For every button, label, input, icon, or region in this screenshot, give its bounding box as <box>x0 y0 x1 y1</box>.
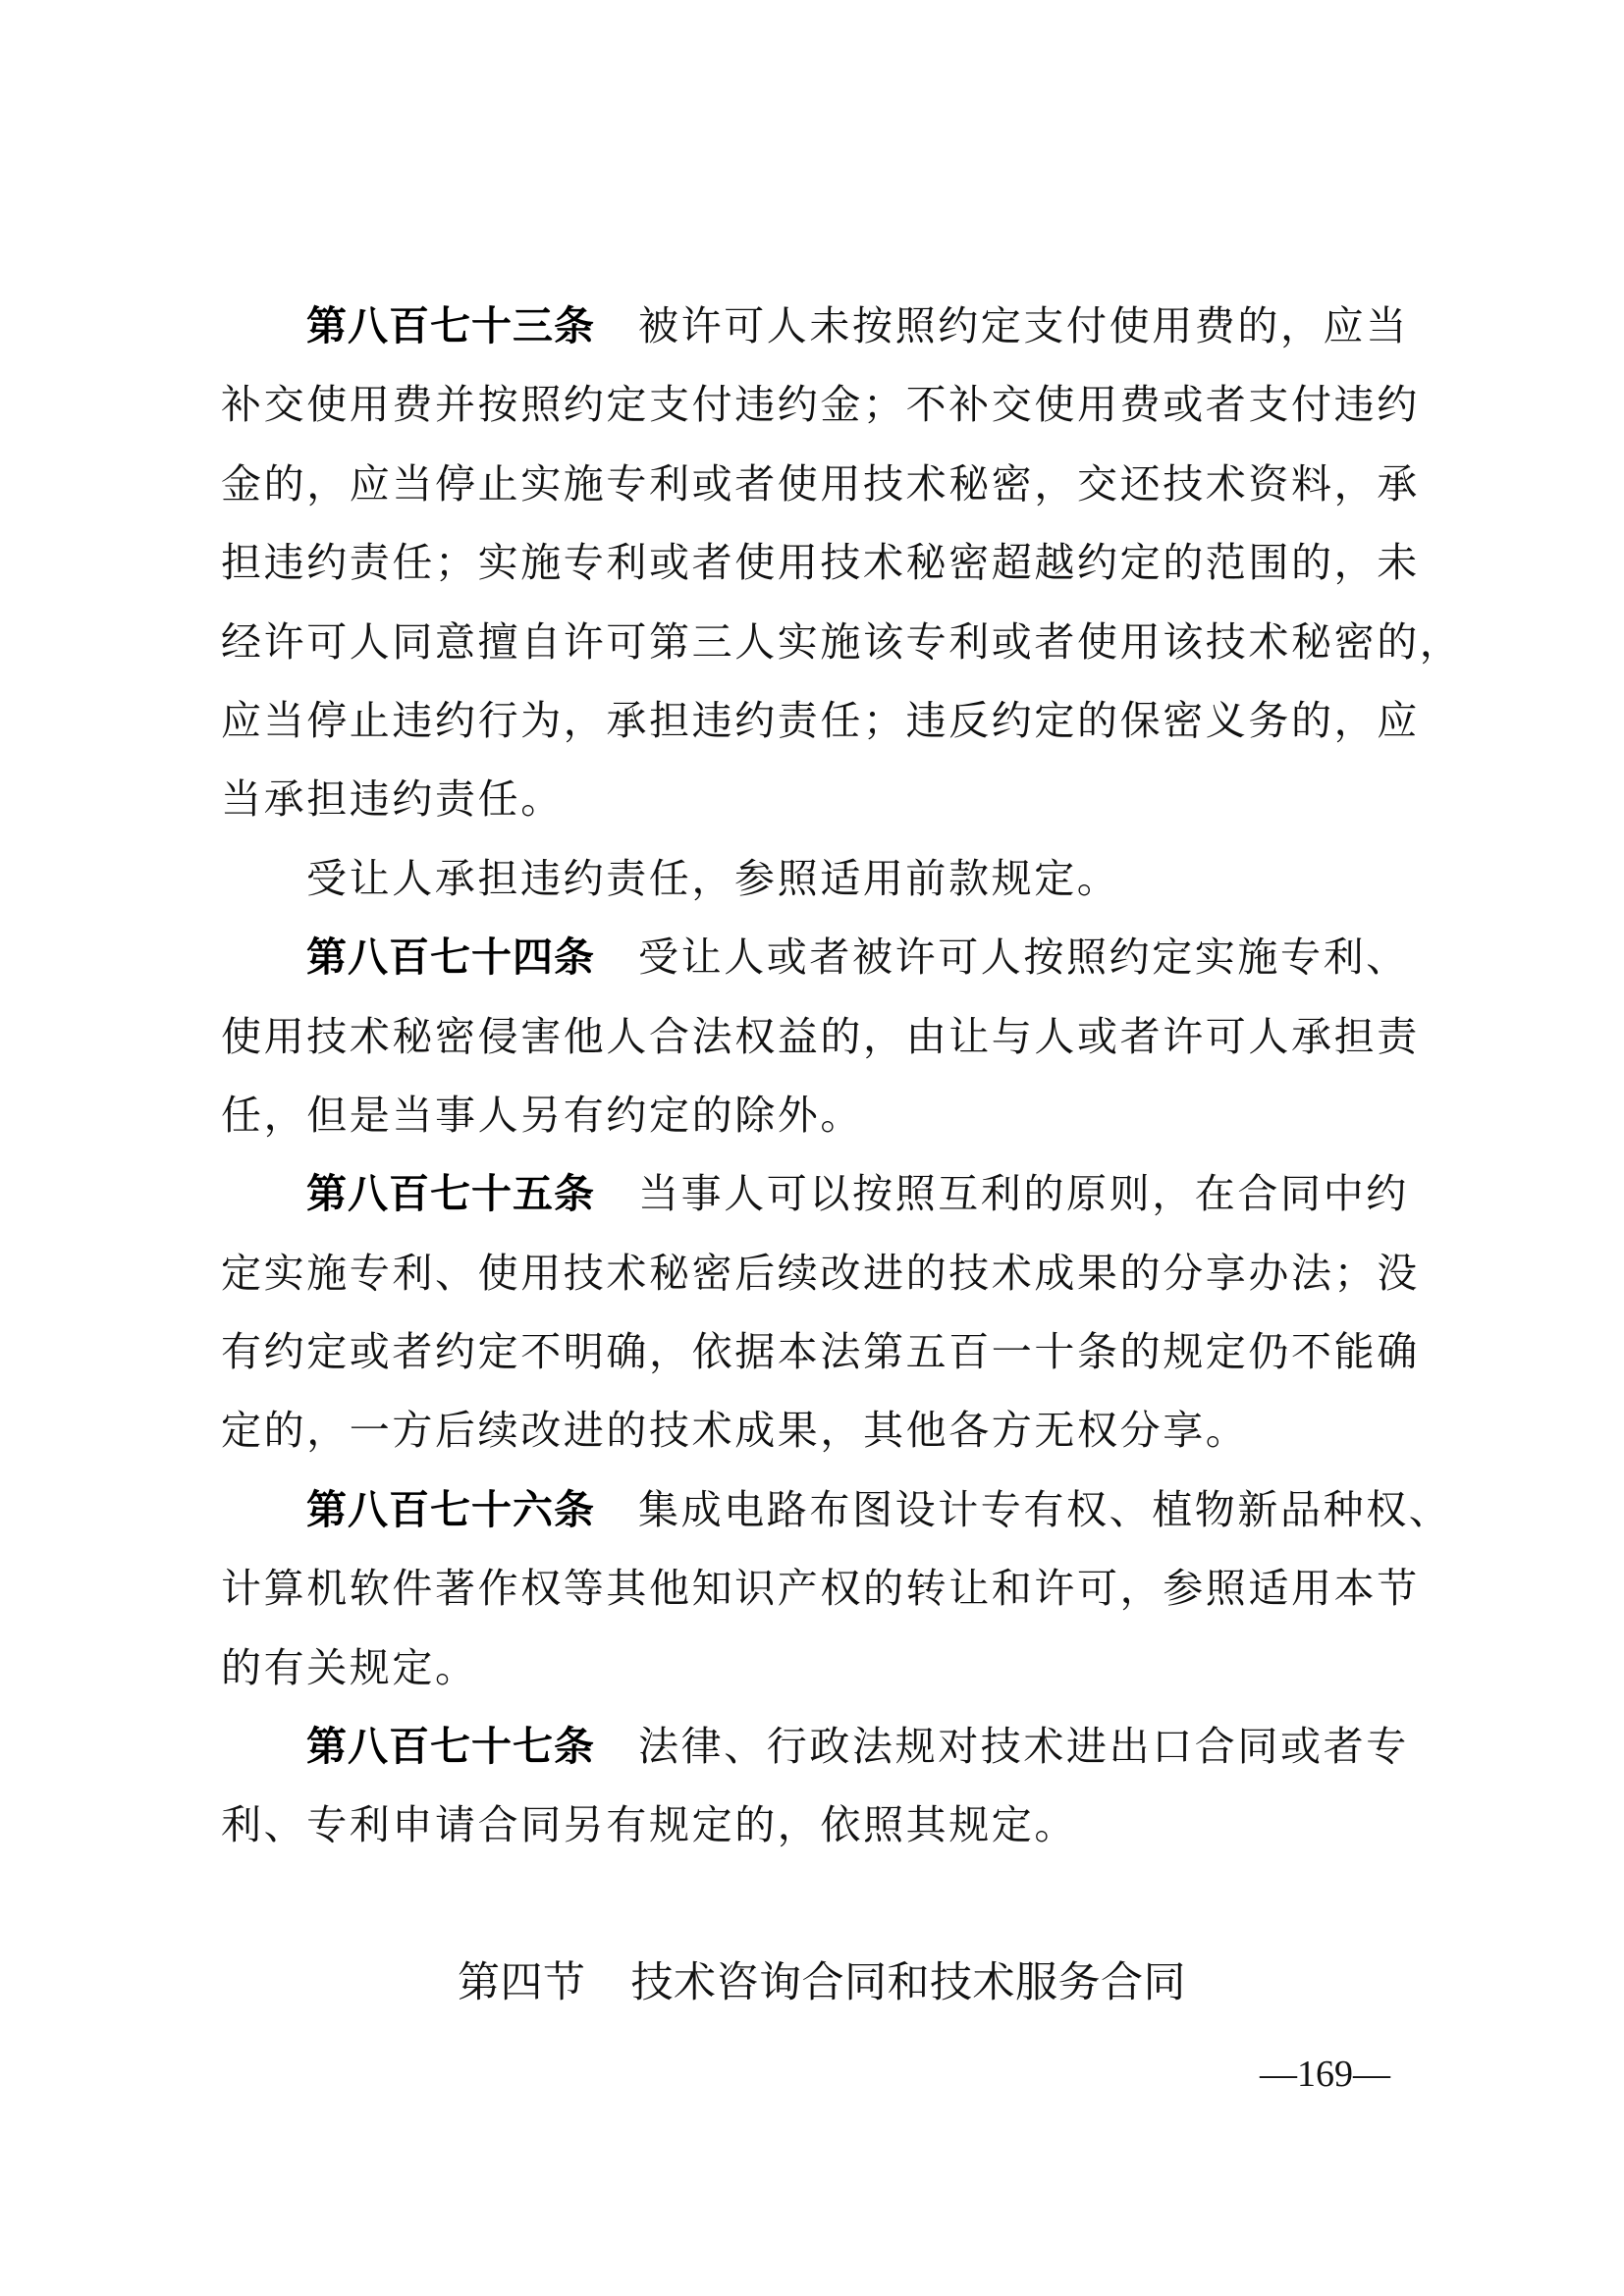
article-number: 第八百七十五条 <box>306 1170 595 1217</box>
text-line: 受让人承担违约责任，参照适用前款规定。 <box>221 839 1438 918</box>
article-875: 第八百七十五条当事人可以按照互利的原则，在合同中约 定实施专利、使用技术秘密后续… <box>221 1154 1438 1470</box>
text-line: 第八百七十四条受让人或者被许可人按照约定实施专利、 <box>221 918 1438 996</box>
article-number: 第八百七十三条 <box>306 302 595 349</box>
section-heading: 第四节技术咨询合同和技术服务合同 <box>458 1957 1204 2008</box>
text-line: 当承担违约责任。 <box>221 760 1438 838</box>
text-line: 第八百七十七条法律、行政法规对技术进出口合同或者专 <box>221 1707 1438 1786</box>
article-876: 第八百七十六条集成电路布图设计专有权、植物新品种权、 计算机软件著作权等其他知识… <box>221 1470 1438 1707</box>
line-text: 受让人或者被许可人按照约定实施专利、 <box>638 934 1409 981</box>
line-text: 当事人可以按照互利的原则，在合同中约 <box>638 1170 1409 1217</box>
article-877: 第八百七十七条法律、行政法规对技术进出口合同或者专 利、专利申请合同另有规定的，… <box>221 1707 1438 1865</box>
text-line: 使用技术秘密侵害他人合法权益的，由让与人或者许可人承担责 <box>221 997 1438 1076</box>
text-line: 有约定或者约定不明确，依据本法第五百一十条的规定仍不能确 <box>221 1312 1438 1391</box>
text-line: 应当停止违约行为，承担违约责任；违反约定的保密义务的，应 <box>221 681 1438 760</box>
text-line: 利、专利申请合同另有规定的，依照其规定。 <box>221 1786 1438 1864</box>
document-page: 第八百七十三条被许可人未按照约定支付使用费的，应当 补交使用费并按照约定支付违约… <box>0 0 1624 2296</box>
article-873: 第八百七十三条被许可人未按照约定支付使用费的，应当 补交使用费并按照约定支付违约… <box>221 287 1438 839</box>
text-line: 第八百七十五条当事人可以按照互利的原则，在合同中约 <box>221 1154 1438 1233</box>
article-874: 第八百七十四条受让人或者被许可人按照约定实施专利、 使用技术秘密侵害他人合法权益… <box>221 918 1438 1154</box>
line-text: 被许可人未按照约定支付使用费的，应当 <box>638 302 1409 349</box>
article-number: 第八百七十四条 <box>306 934 595 981</box>
article-873-clause-2: 受让人承担违约责任，参照适用前款规定。 <box>221 839 1438 918</box>
text-line: 补交使用费并按照约定支付违约金；不补交使用费或者支付违约 <box>221 365 1438 444</box>
page-number: —169— <box>1260 2052 1390 2097</box>
text-line: 担违约责任；实施专利或者使用技术秘密超越约定的范围的，未 <box>221 523 1438 602</box>
section-title: 技术咨询合同和技术服务合同 <box>631 1958 1187 2007</box>
line-text: 集成电路布图设计专有权、植物新品种权、 <box>638 1486 1451 1533</box>
text-line: 任，但是当事人另有约定的除外。 <box>221 1076 1438 1154</box>
line-text: 法律、行政法规对技术进出口合同或者专 <box>638 1723 1409 1770</box>
text-line: 计算机软件著作权等其他知识产权的转让和许可，参照适用本节 <box>221 1549 1438 1628</box>
text-line: 的有关规定。 <box>221 1629 1438 1707</box>
text-line: 第八百七十六条集成电路布图设计专有权、植物新品种权、 <box>221 1470 1438 1549</box>
text-line: 第八百七十三条被许可人未按照约定支付使用费的，应当 <box>221 287 1438 365</box>
section-number: 第四节 <box>458 1958 586 2007</box>
text-line: 金的，应当停止实施专利或者使用技术秘密，交还技术资料，承 <box>221 445 1438 523</box>
article-number: 第八百七十七条 <box>306 1723 595 1770</box>
body-text: 第八百七十三条被许可人未按照约定支付使用费的，应当 补交使用费并按照约定支付违约… <box>221 287 1438 1865</box>
text-line: 定的，一方后续改进的技术成果，其他各方无权分享。 <box>221 1391 1438 1469</box>
text-line: 定实施专利、使用技术秘密后续改进的技术成果的分享办法；没 <box>221 1234 1438 1312</box>
text-line: 经许可人同意擅自许可第三人实施该专利或者使用该技术秘密的， <box>221 603 1438 681</box>
article-number: 第八百七十六条 <box>306 1486 595 1533</box>
